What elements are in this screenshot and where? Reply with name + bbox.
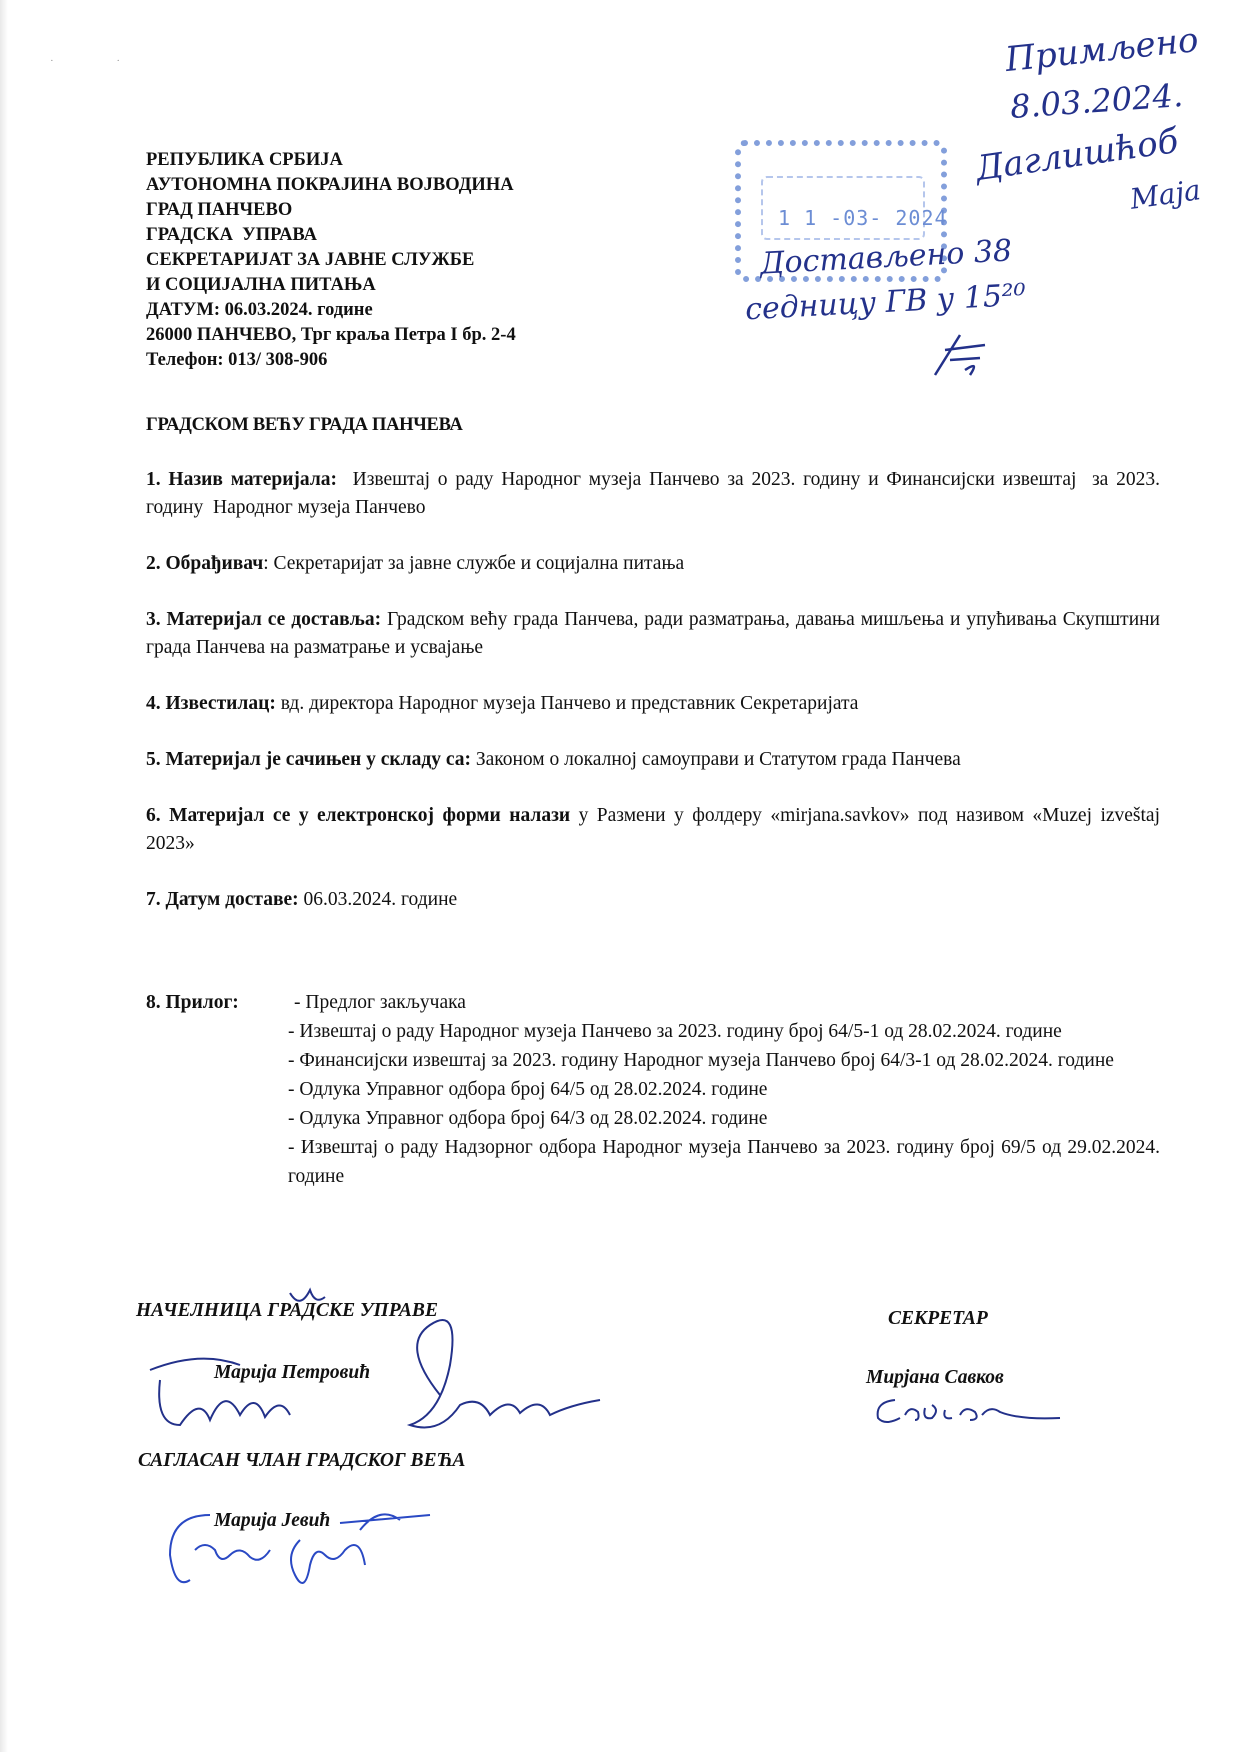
item-delivery-date: 7. Датум доставе: 06.03.2024. године — [146, 886, 1160, 914]
handwritten-received: Примљено — [1003, 20, 1200, 80]
item-label: 5. Материјал је сачињен у складу са: — [146, 749, 471, 770]
letterhead-date: ДАТУМ: 06.03.2024. године — [146, 298, 516, 323]
item-legal-basis: 5. Материјал је сачињен у складу са: Зак… — [146, 746, 1160, 774]
handwritten-signature-note: Даглишћоб — [973, 121, 1181, 189]
item-label: 7. Датум доставе: — [146, 889, 299, 910]
scan-marks: · · — [50, 55, 150, 67]
addressee: ГРАДСКОМ ВЕЋУ ГРАДА ПАНЧЕВА — [146, 415, 463, 436]
signature-title-council-member: САГЛАСАН ЧЛАН ГРАДСКОГ ВЕЋА — [138, 1450, 465, 1472]
letterhead-line: РЕПУБЛИКА СРБИЈА — [146, 148, 516, 173]
item-label: 6. Материјал се у електронској форми нал… — [146, 805, 570, 826]
item-delivered-to: 3. Материјал се доставља: Градском већу … — [146, 606, 1160, 662]
attachments-list: - Предлог закључака - Извештај о раду На… — [288, 988, 1160, 1191]
item-text: 06.03.2024. године — [299, 889, 458, 910]
attachment-item: - Извештај о раду Надзорног одбора Народ… — [288, 1133, 1160, 1191]
document-page: · · РЕПУБЛИКА СРБИЈА АУТОНОМНА ПОКРАЈИНА… — [0, 0, 1240, 1752]
handwritten-initials: Маја — [1128, 173, 1203, 216]
attachment-item: - Финансијски извештај за 2023. годину Н… — [288, 1046, 1160, 1075]
scan-edge — [0, 0, 8, 1752]
attachments-section: 8. Прилог: - Предлог закључака - Извешта… — [146, 988, 1160, 1191]
handwritten-paraph — [925, 330, 995, 380]
letterhead-address: 26000 ПАНЧЕВО, Трг краља Петра I бр. 2-4 — [146, 323, 516, 348]
item-list: 1. Назив материјала: Извештај о раду Нар… — [146, 466, 1160, 942]
attachment-item: - Одлука Управног одбора број 64/5 од 28… — [288, 1075, 1160, 1104]
stamp-date: 1 1 -03- 2024 — [778, 206, 948, 230]
item-label: 3. Материјал се доставља: — [146, 609, 381, 630]
item-text: : Секретаријат за јавне службе и социјал… — [263, 553, 684, 574]
attachments-label: 8. Прилог: — [146, 988, 239, 1017]
item-label: 1. Назив материјала: — [146, 469, 337, 490]
attachment-item: - Извештај о раду Народног музеја Панчев… — [288, 1017, 1160, 1046]
item-text: вд. директора Народног музеја Панчево и … — [276, 693, 859, 714]
letterhead-line: СЕКРЕТАРИЈАТ ЗА ЈАВНЕ СЛУЖБЕ — [146, 248, 516, 273]
attachment-item: - Предлог закључака — [294, 988, 1160, 1017]
letterhead-line: И СОЦИЈАЛНА ПИТАЊА — [146, 273, 516, 298]
letterhead-phone: Телефон: 013/ 308-906 — [146, 348, 516, 373]
attachment-item: - Одлука Управног одбора број 64/3 од 28… — [288, 1104, 1160, 1133]
signature-council-member — [160, 1495, 440, 1605]
item-electronic-form: 6. Материјал се у електронској форми нал… — [146, 802, 1160, 858]
signature-head — [140, 1285, 620, 1455]
signature-name-secretary: Мирјана Савков — [866, 1367, 1004, 1389]
item-label: 2. Обрађивач — [146, 553, 263, 574]
handwritten-session: седницу ГВ у 15²⁰ — [744, 278, 1027, 328]
letterhead: РЕПУБЛИКА СРБИЈА АУТОНОМНА ПОКРАЈИНА ВОЈ… — [146, 148, 516, 373]
item-rapporteur: 4. Известилац: вд. директора Народног му… — [146, 690, 1160, 718]
letterhead-line: АУТОНОМНА ПОКРАЈИНА ВОЈВОДИНА — [146, 173, 516, 198]
item-label: 4. Известилац: — [146, 693, 276, 714]
letterhead-line: ГРАД ПАНЧЕВО — [146, 198, 516, 223]
item-material-name: 1. Назив материјала: Извештај о раду Нар… — [146, 466, 1160, 522]
signature-secretary — [870, 1390, 1070, 1430]
letterhead-line: ГРАДСКА УПРАВА — [146, 223, 516, 248]
item-text: Законом о локалној самоуправи и Статутом… — [471, 749, 961, 770]
item-processor: 2. Обрађивач: Секретаријат за јавне служ… — [146, 550, 1160, 578]
handwritten-date: 8.03.2024. — [1009, 76, 1184, 126]
signature-title-secretary: СЕКРЕТАР — [888, 1308, 988, 1330]
